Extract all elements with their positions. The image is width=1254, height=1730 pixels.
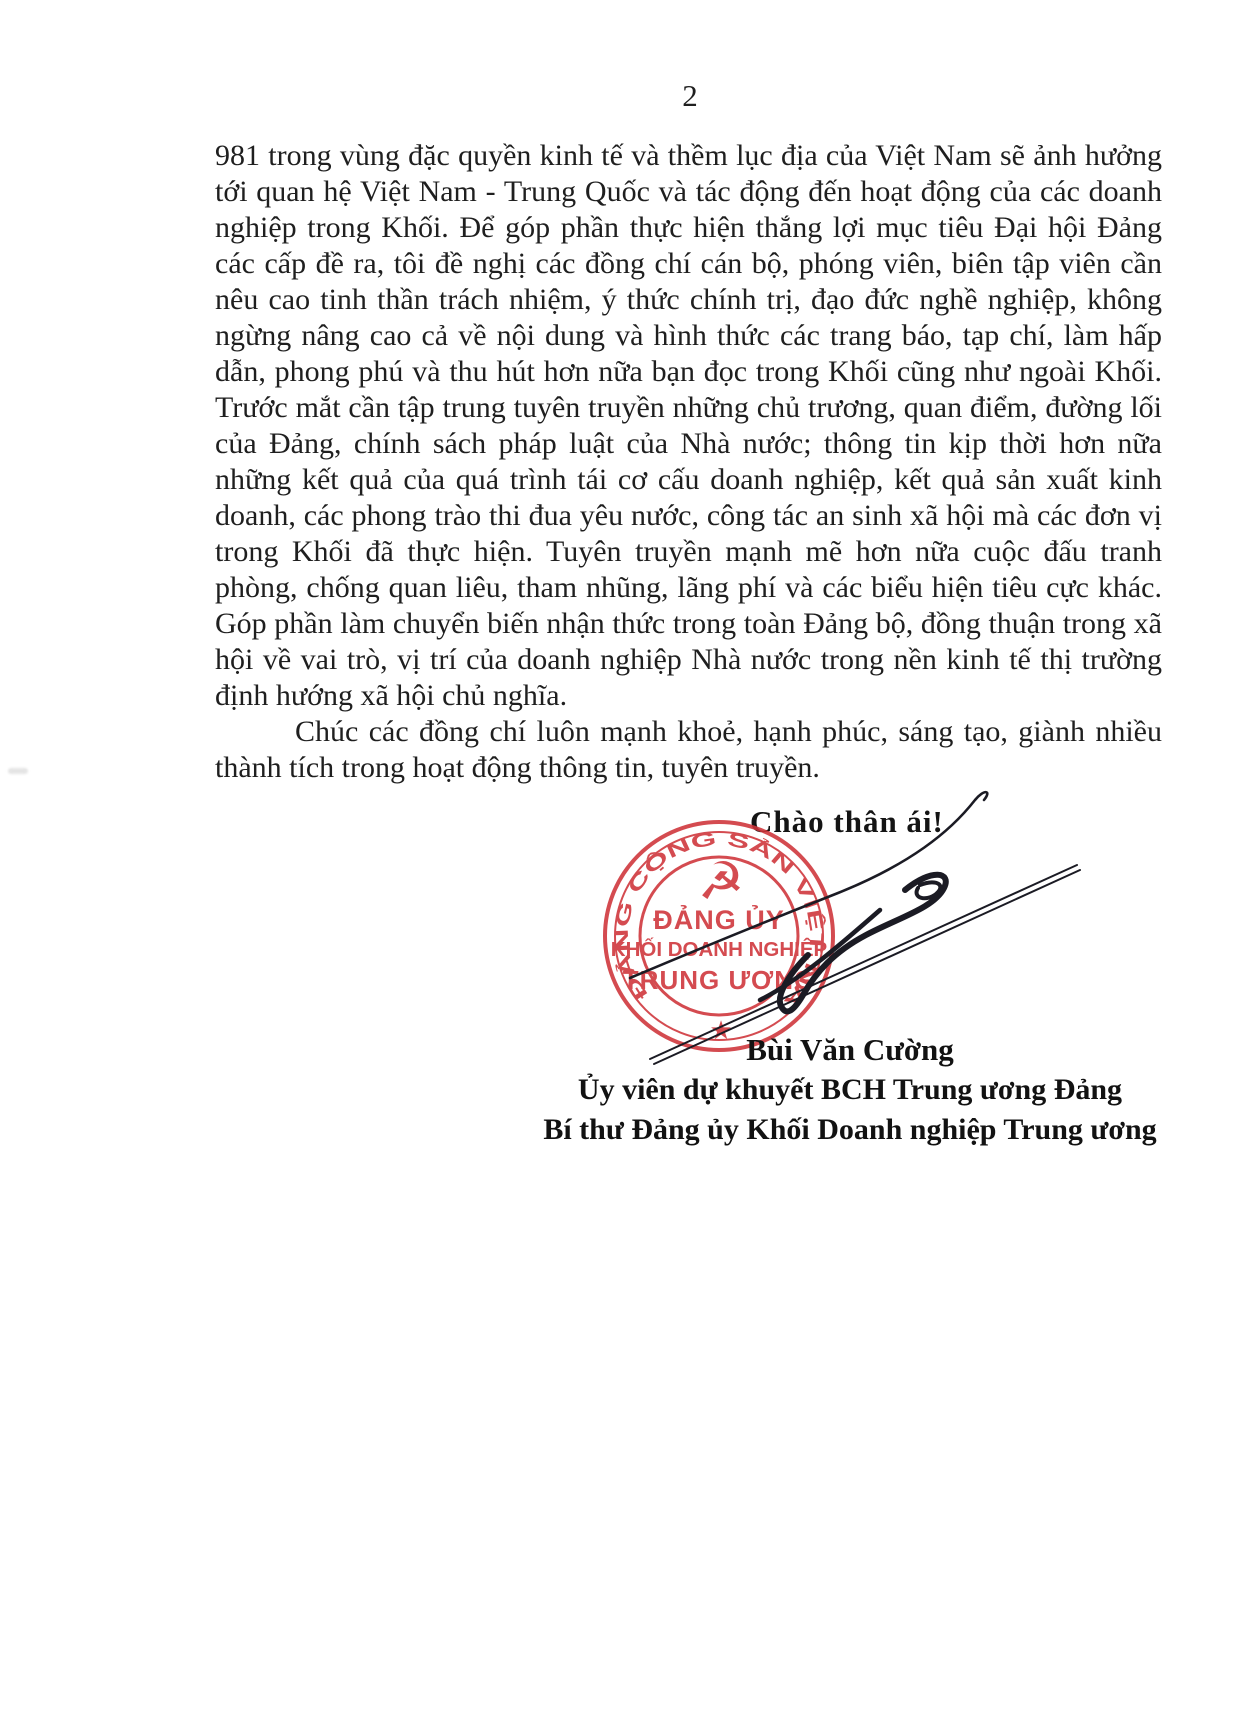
letter-body: 981 trong vùng đặc quyền kinh tế và thềm… xyxy=(215,138,1162,786)
signature-initial-cross xyxy=(760,910,880,1000)
signer-title-1: Ủy viên dự khuyết BCH Trung ương Đảng xyxy=(520,1070,1180,1110)
scan-artifact-mark xyxy=(8,768,28,774)
signer-title-2: Bí thư Đảng ủy Khối Doanh nghiệp Trung ư… xyxy=(520,1110,1180,1150)
document-page: 2 981 trong vùng đặc quyền kinh tế và th… xyxy=(0,0,1254,1730)
signature-flourish-stroke xyxy=(630,792,987,978)
body-paragraph-1: 981 trong vùng đặc quyền kinh tế và thềm… xyxy=(215,138,1162,714)
signer-name: Bùi Văn Cường xyxy=(520,1030,1180,1070)
page-number: 2 xyxy=(660,78,720,114)
signer-block: Bùi Văn Cường Ủy viên dự khuyết BCH Trun… xyxy=(520,1030,1180,1150)
signature-initial-knot xyxy=(917,882,941,898)
